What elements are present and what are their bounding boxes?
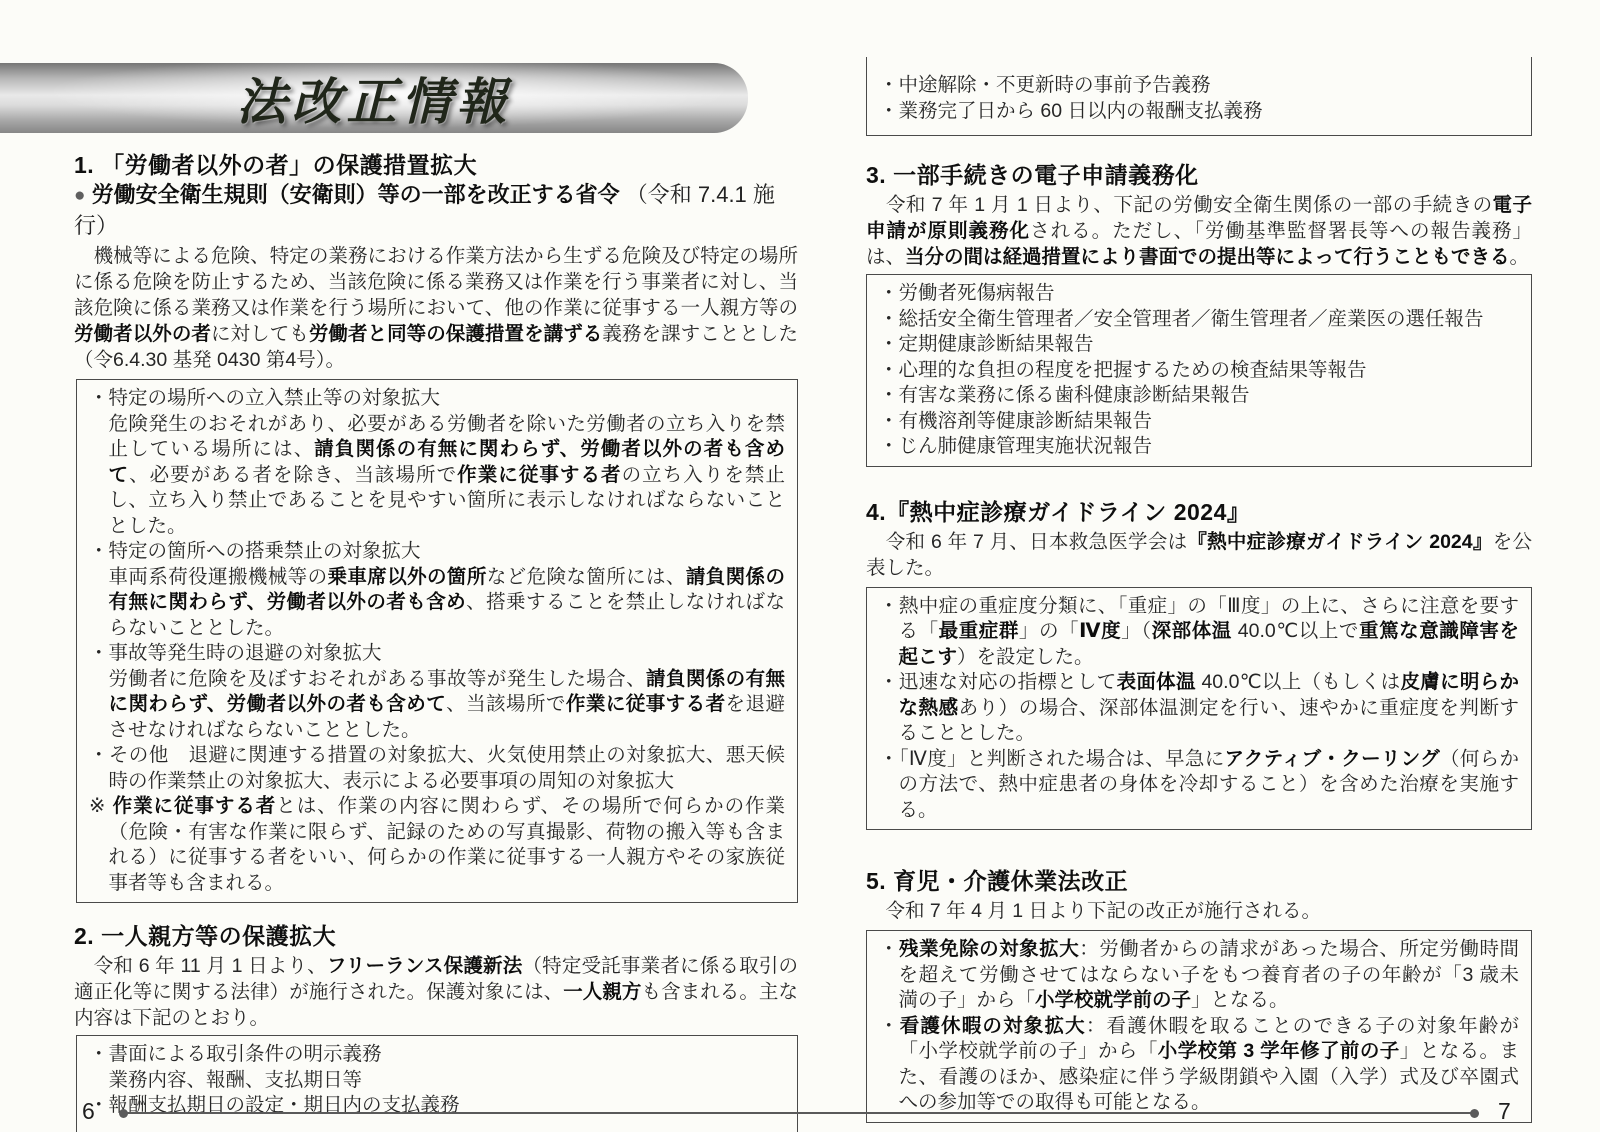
box-line: ・書面による取引条件の明示義務 — [89, 1042, 785, 1068]
box-line: ・事故等発生時の退避の対象拡大 — [89, 641, 785, 667]
box-line: ・定期健康診断結果報告 — [879, 332, 1519, 358]
box-line: ・総括安全衛生管理者／安全管理者／衛生管理者／産業医の選任報告 — [879, 307, 1519, 333]
info-box-freelance-law: ・書面による取引条件の明示義務業務内容、報酬、支払期日等・報酬支払期日の設定・期… — [76, 1035, 798, 1132]
box-line: ・有機溶剤等健康診断結果報告 — [879, 409, 1519, 435]
box-line: ・有害な業務に係る歯科健康診断結果報告 — [879, 383, 1519, 409]
left-column: 1. 「労働者以外の者」の保護措置拡大 ● 労働安全衛生規則（安衛則）等の一部を… — [74, 150, 798, 1132]
section-1-paragraph: 機械等による危険、特定の業務における作業方法から生ずる危険及び特定の場所に係る危… — [74, 243, 798, 373]
section-5-heading: 5. 育児・介護休業法改正 — [866, 866, 1532, 896]
box-line: ・特定の箇所への搭乗禁止の対象拡大 — [89, 539, 785, 565]
footer-rule — [121, 1112, 1477, 1114]
box-line: ・業務完了日から 60 日以内の報酬支払義務 — [879, 99, 1519, 125]
box-line: ・迅速な対応の指標として表面体温 40.0℃以上（もしくは皮膚に明らかな熱感あり… — [879, 670, 1519, 747]
box-line: 車両系荷役運搬機械等の乗車席以外の箇所など危険な箇所には、請負関係の有無に関わら… — [89, 565, 785, 642]
page-banner: 法改正情報 — [0, 63, 748, 133]
box-line: ・労働者死傷病報告 — [879, 281, 1519, 307]
right-column: ・中途解除・不更新時の事前予告義務・業務完了日から 60 日以内の報酬支払義務 … — [866, 0, 1532, 1123]
box-line: ・熱中症の重症度分類に、「重症」の「Ⅲ度」の上に、さらに注意を要する「最重症群」… — [879, 594, 1519, 671]
page-number-right: 7 — [1498, 1098, 1511, 1125]
banner-title: 法改正情報 — [237, 62, 512, 134]
section-4-paragraph: 令和 6 年 7 月、日本救急医学会は『熱中症診療ガイドライン 2024』を公表… — [866, 529, 1532, 581]
section-3-heading: 3. 一部手続きの電子申請義務化 — [866, 160, 1532, 190]
box-line: ・中途解除・不更新時の事前予告義務 — [879, 73, 1519, 99]
box-line: ・残業免除の対象拡大：労働者からの請求があった場合、所定労働時間を超えて労働させ… — [879, 937, 1519, 1014]
section-2-heading: 2. 一人親方等の保護拡大 — [74, 921, 798, 951]
info-box-protection-expansion: ・特定の場所への立入禁止等の対象拡大危険発生のおそれがあり、必要がある労働者を除… — [76, 379, 798, 903]
box-line: 労働者に危険を及ぼすおそれがある事故等が発生した場合、請負関係の有無に関わらず、… — [89, 667, 785, 744]
info-box-freelance-law-continued: ・中途解除・不更新時の事前予告義務・業務完了日から 60 日以内の報酬支払義務 — [866, 57, 1532, 136]
section-3-paragraph: 令和 7 年 1 月 1 日より、下記の労働安全衛生関係の一部の手続きの電子申請… — [866, 192, 1532, 270]
section-4-heading: 4.『熱中症診療ガイドライン 2024』 — [866, 497, 1532, 527]
box-line: ・報酬支払期日の設定・期日内の支払義務 — [89, 1093, 785, 1119]
box-line: ・「Ⅳ度」と判断された場合は、早急にアクティブ・クーリング（何らかの方法で、熱中… — [879, 747, 1519, 824]
section-1-subheading: ● 労働安全衛生規則（安衛則）等の一部を改正する省令 （令和 7.4.1 施行） — [74, 180, 798, 241]
box-line: ・特定の場所への立入禁止等の対象拡大 — [89, 386, 785, 412]
bullet-dot-icon: ● — [74, 185, 85, 206]
section-2-paragraph: 令和 6 年 11 月 1 日より、フリーランス保護新法（特定受託事業者に係る取… — [74, 953, 798, 1031]
box-line: ・じん肺健康管理実施状況報告 — [879, 434, 1519, 460]
box-line: ・その他 退避に関連する措置の対象拡大、火気使用禁止の対象拡大、悪天候時の作業禁… — [89, 743, 785, 794]
box-line: ※ 作業に従事する者とは、作業の内容に関わらず、その場所で何らかの作業（危険・有… — [89, 794, 785, 896]
box-line: ・心理的な負担の程度を把握するための検査結果等報告 — [879, 358, 1519, 384]
info-box-electronic-reports: ・労働者死傷病報告・総括安全衛生管理者／安全管理者／衛生管理者／産業医の選任報告… — [866, 274, 1532, 467]
info-box-heatstroke-guideline: ・熱中症の重症度分類に、「重症」の「Ⅲ度」の上に、さらに注意を要する「最重症群」… — [866, 587, 1532, 831]
box-line: ・看護休暇の対象拡大：看護休暇を取ることのできる子の対象年齢が「小学校就学前の子… — [879, 1014, 1519, 1116]
box-line: 業務内容、報酬、支払期日等 — [89, 1068, 785, 1094]
box-line: 危険発生のおそれがあり、必要がある労働者を除いた労働者の立ち入りを禁止している場… — [89, 412, 785, 540]
info-box-childcare-leave: ・残業免除の対象拡大：労働者からの請求があった場合、所定労働時間を超えて労働させ… — [866, 930, 1532, 1123]
section-1-heading: 1. 「労働者以外の者」の保護措置拡大 — [74, 150, 798, 180]
section-5-paragraph: 令和 7 年 4 月 1 日より下記の改正が施行される。 — [866, 898, 1532, 924]
ordinance-title: 労働安全衛生規則（安衛則）等の一部を改正する省令 — [92, 182, 620, 207]
page-number-left: 6 — [82, 1098, 95, 1125]
